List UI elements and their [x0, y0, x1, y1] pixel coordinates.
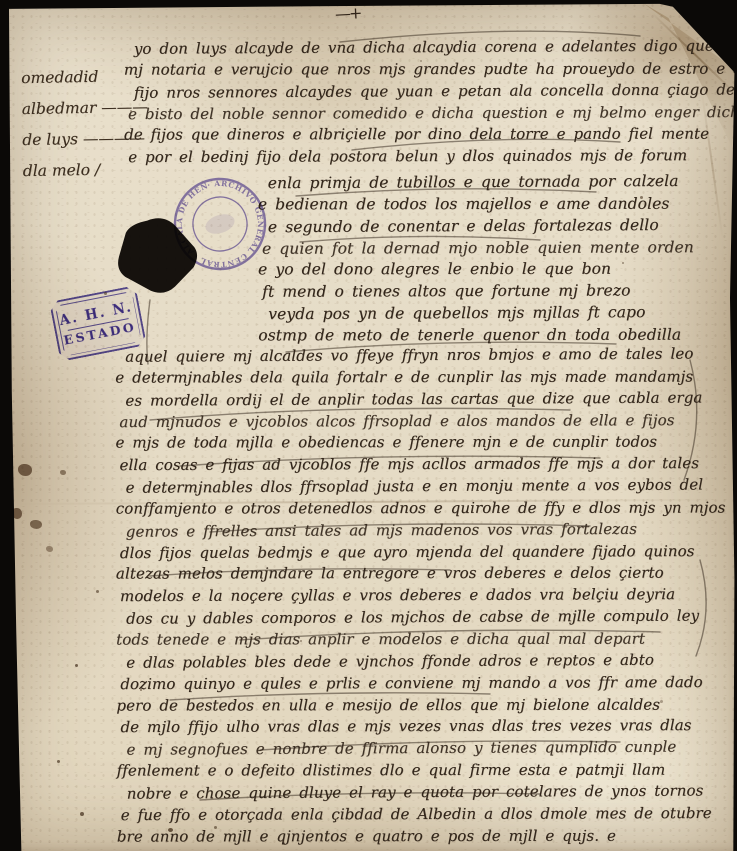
- manuscript-line: dozimo quinyo e qules e prlis e conviene…: [120, 672, 730, 696]
- manuscript-line: de fijos que dineros e albriçielle por d…: [124, 124, 737, 147]
- manuscript-page: —+ omedadidalbedmar ———de luys ————dla m…: [0, 0, 737, 851]
- manuscript-line: aquel quiere mj alcaldes vo ffeye ffryn …: [125, 343, 735, 368]
- manuscript-line: altezas melos demjndare la entregore e v…: [116, 563, 726, 586]
- manuscript-line: e bisto del noble sennor comedido e dich…: [128, 101, 737, 125]
- manuscript-line: pero de bestedos en ulla e mesijo de ell…: [116, 694, 726, 717]
- manuscript-line: e quien fot la dernad mjo noble quien me…: [262, 237, 694, 260]
- manuscript-line: genros e ffrelles ansi tales ad mjs made…: [126, 518, 736, 543]
- manuscript-line: bre anno de mjll e qjnjentos e quatro e …: [117, 825, 727, 848]
- manuscript-line: e determjnables dela quila fortalr e de …: [115, 366, 725, 389]
- manuscript-line: e por el bedinj fijo dela postora belun …: [128, 145, 737, 169]
- manuscript-line: ffenlement e o defeito dlistimes dlo e q…: [117, 760, 727, 783]
- ahn-stamp-line2: ESTADO: [62, 319, 137, 347]
- manuscript-line: e determjnables dlos ffrsoplad justa e e…: [126, 474, 736, 499]
- manuscript-line: ft mend o tienes altos que fortune mj br…: [262, 280, 694, 303]
- manuscript-line: es mordella ordij el de anplir todas las…: [125, 387, 735, 412]
- manuscript-line: e segundo de conentar e delas fortalezas…: [268, 214, 700, 238]
- manuscript-line: e bedienan de todos los majellos e ame d…: [258, 193, 690, 216]
- text-block-opening: yo don luys alcayde de vna dicha alcaydi…: [128, 36, 737, 169]
- manuscript-line: e fue ffo e otorçada enla çibdad de Albe…: [121, 803, 731, 827]
- invocation-cross-mark: —+: [335, 5, 361, 22]
- manuscript-line: aud mjnudos e vjcoblos alcos ffrsoplad e…: [119, 409, 729, 433]
- manuscript-line: mj notaria e verujcio que nros mjs grand…: [124, 58, 737, 81]
- manuscript-line: veyda pos yn de quebellos mjs mjllas ft …: [268, 302, 700, 326]
- manuscript-line: dlos fijos quelas bedmjs e que ayro mjen…: [120, 541, 730, 565]
- manuscript-line: yo don luys alcayde de vna dicha alcaydi…: [134, 35, 737, 60]
- manuscript-line: conffamjento e otros detenedlos adnos e …: [116, 497, 726, 520]
- manuscript-line: fijo nros sennores alcaydes que yuan e p…: [134, 79, 737, 104]
- manuscript-line: e mjs de toda mjlla e obediencas e ffene…: [115, 432, 725, 455]
- manuscript-line: dos cu y dables comporos e los mjchos de…: [126, 605, 736, 630]
- manuscript-line: e dlas polables bles dede e vjnchos ffon…: [126, 649, 736, 674]
- manuscript-line: de mjlo ffijo ulho vras dlas e mjs vezes…: [120, 715, 730, 739]
- ahn-stamp-line1: A. H. N.: [58, 300, 134, 329]
- archive-round-stamp: · ARCHIVO GENERAL CENTRAL · ALCALÁ DE HE…: [165, 169, 275, 279]
- text-block-petitions: enla primja de tubillos e que tornada po…: [262, 171, 694, 347]
- manuscript-line: e mj segnofues e nonbre de ffirma alonso…: [126, 736, 736, 761]
- manuscript-line: tods tenede e mjs dias anplir e modelos …: [116, 628, 726, 651]
- ahn-stamp-divider: [67, 318, 128, 331]
- manuscript-line: nobre e chose quine dluye el ray e quota…: [127, 780, 737, 805]
- manuscript-line: e yo del dono alegres le enbio le que bo…: [258, 259, 690, 282]
- text-block-body: aquel quiere mj alcaldes vo ffeye ffryn …: [119, 344, 731, 849]
- manuscript-line: modelos e la noçere çyllas e vros debere…: [120, 584, 730, 608]
- manuscript-line: ella cosas e fijas ad vjcoblos ffe mjs a…: [120, 453, 730, 477]
- manuscript-line: enla primja de tubillos e que tornada po…: [268, 171, 700, 195]
- scan-backdrop: —+ omedadidalbedmar ———de luys ————dla m…: [0, 0, 737, 851]
